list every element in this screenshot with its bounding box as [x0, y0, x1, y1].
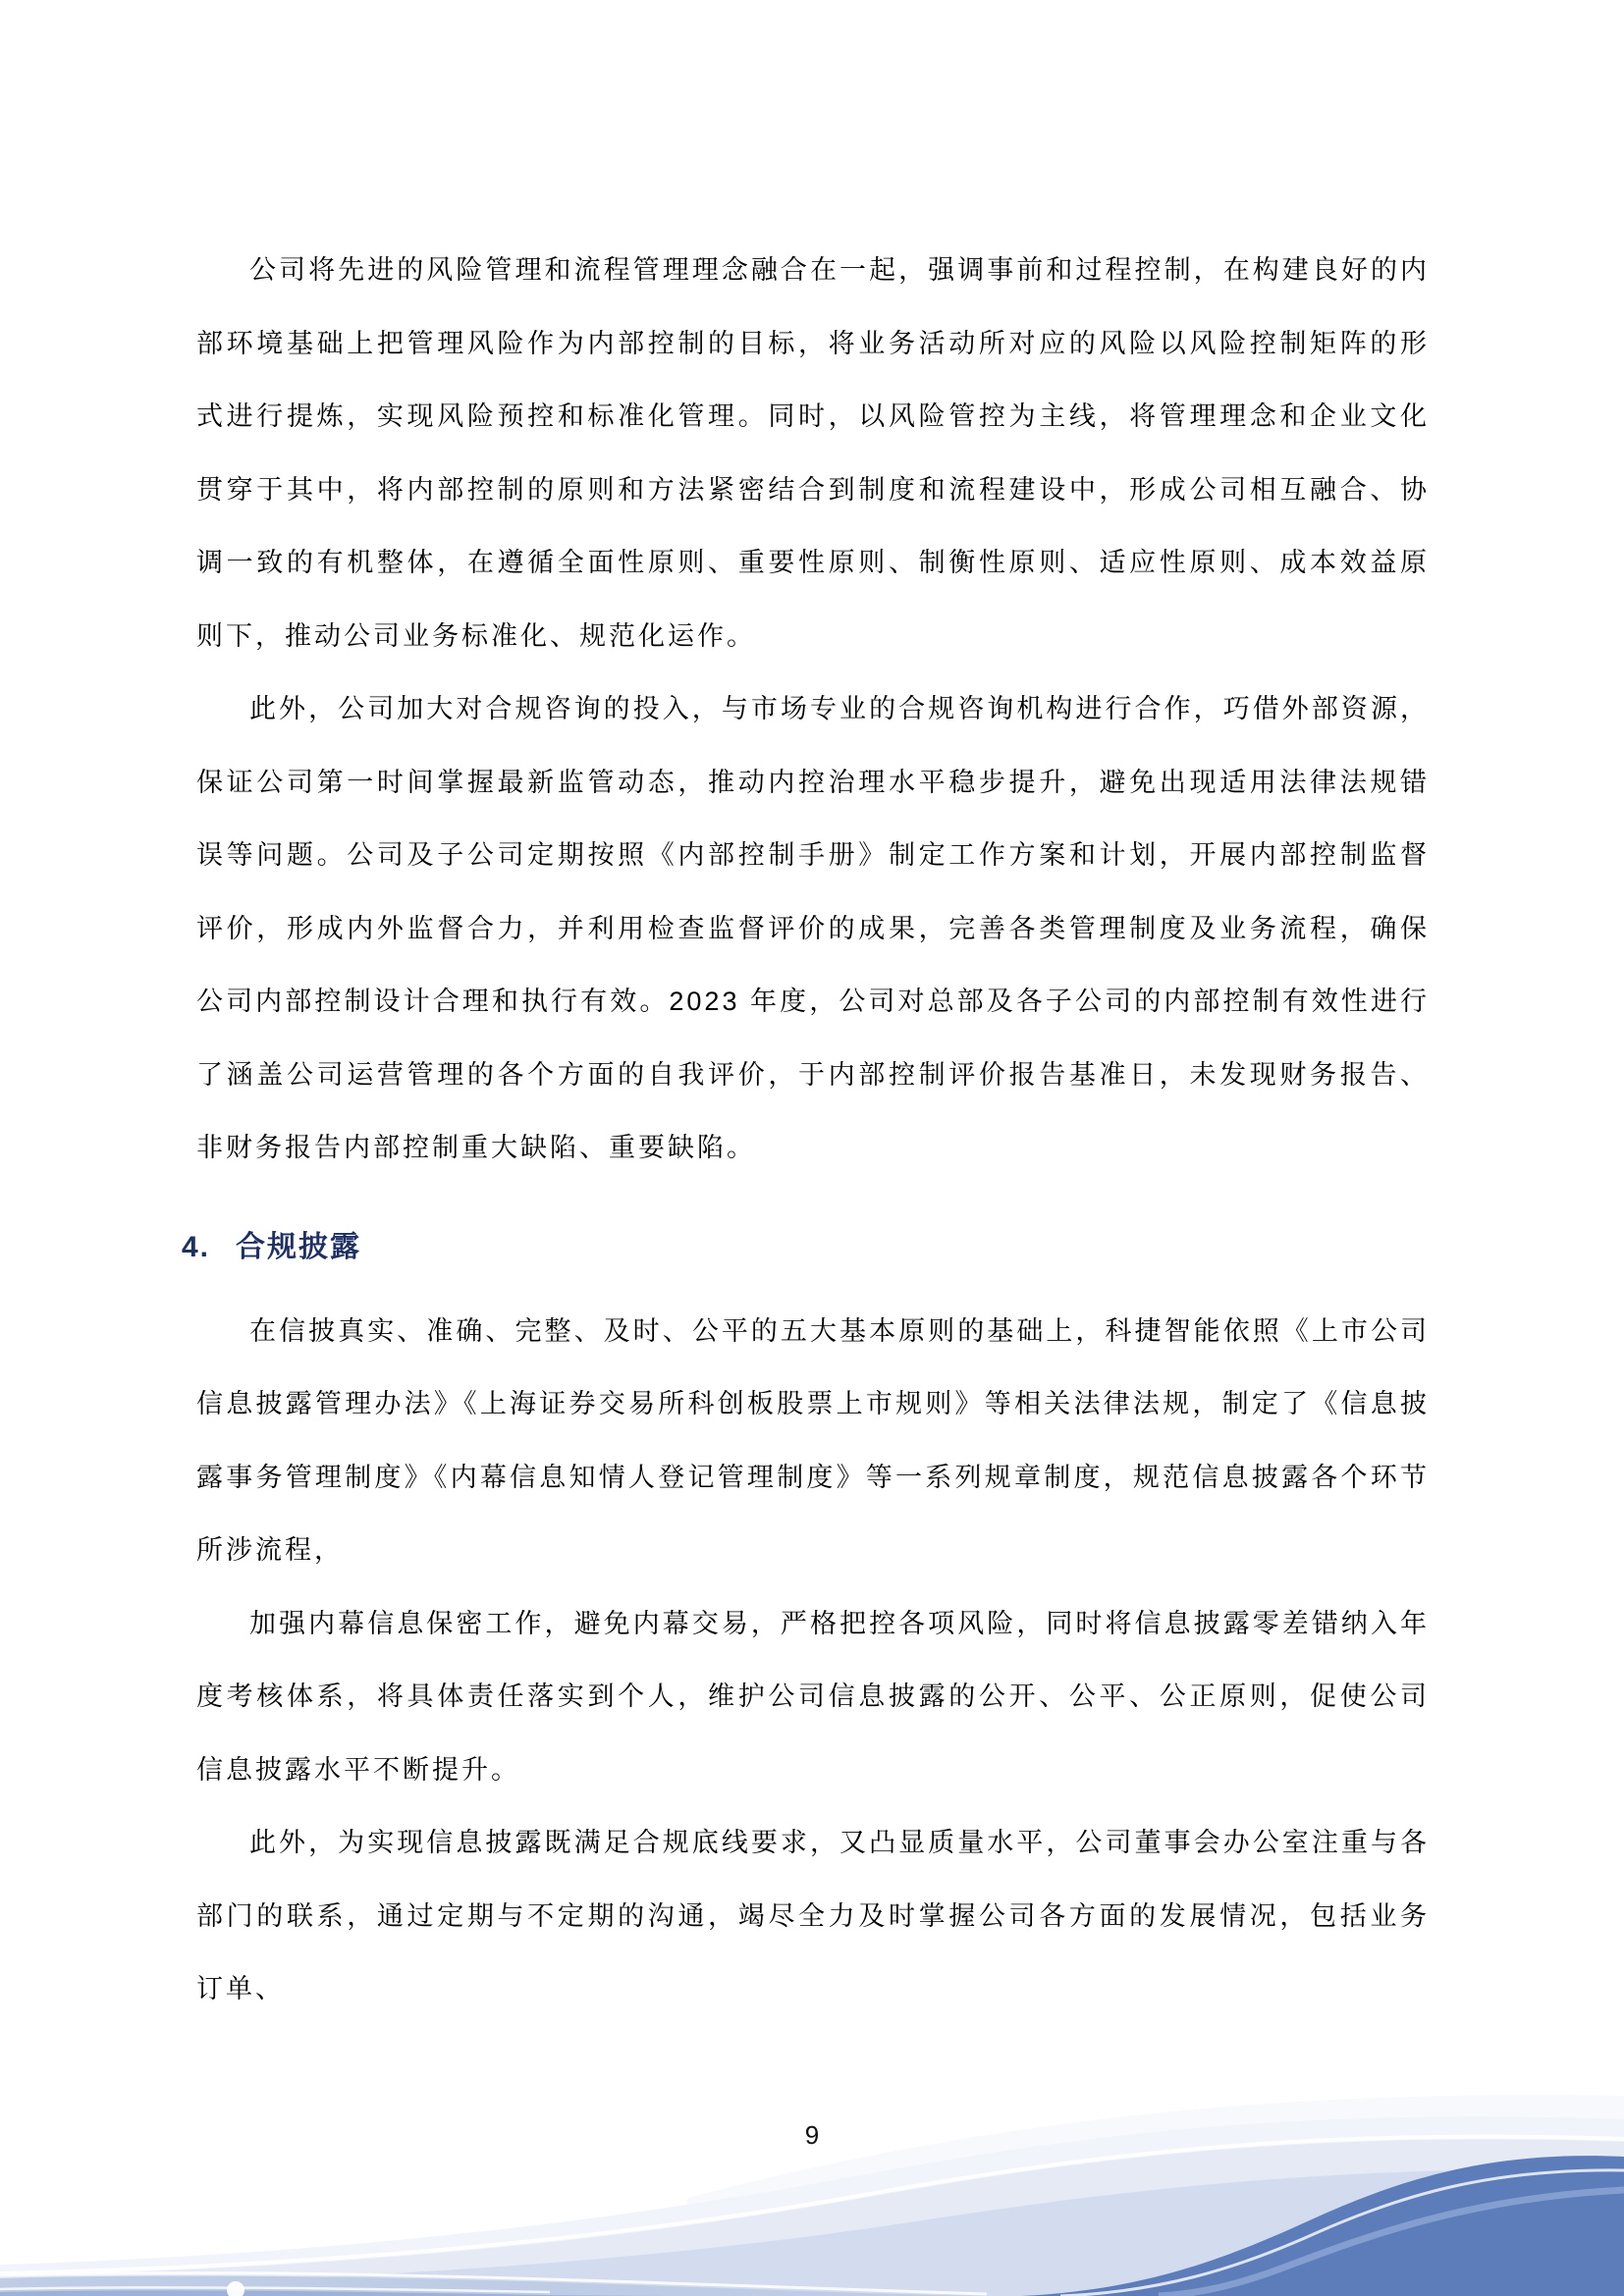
paragraph: 加强内幕信息保密工作，避免内幕交易，严格把控各项风险，同时将信息披露零差错纳入年… — [196, 1587, 1430, 1807]
paragraph: 公司将先进的风险管理和流程管理理念融合在一起，强调事前和过程控制，在构建良好的内… — [196, 234, 1430, 672]
document-page: 公司将先进的风险管理和流程管理理念融合在一起，强调事前和过程控制，在构建良好的内… — [0, 0, 1624, 2296]
section-title: 合规披露 — [236, 1226, 361, 1269]
wave-footer-decoration — [0, 2031, 1624, 2296]
section-heading: 4. 合规披露 — [182, 1226, 1430, 1269]
section-number: 4. — [182, 1226, 210, 1269]
paragraph: 此外，公司加大对合规咨询的投入，与市场专业的合规咨询机构进行合作，巧借外部资源，… — [196, 672, 1430, 1185]
body-text: 公司将先进的风险管理和流程管理理念融合在一起，强调事前和过程控制，在构建良好的内… — [196, 234, 1430, 2026]
paragraph: 此外，为实现信息披露既满足合规底线要求，又凸显质量水平，公司董事会办公室注重与各… — [196, 1806, 1430, 2026]
paragraph: 在信披真实、准确、完整、及时、公平的五大基本原则的基础上，科捷智能依照《上市公司… — [196, 1295, 1430, 1587]
